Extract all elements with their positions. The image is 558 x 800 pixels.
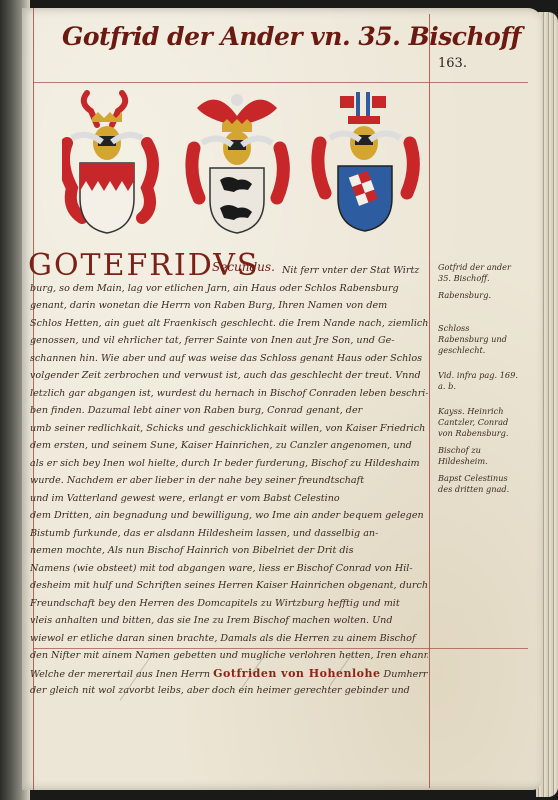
- right-margin-rule: [429, 14, 430, 788]
- body-line: den Nifter mit ainem Namen gebetten und …: [30, 647, 428, 665]
- body-line: letzlich gar abgangen ist, wurdest du he…: [30, 385, 428, 403]
- page-title: Gotfrid der Ander vn. 35. Bischoff: [62, 22, 521, 51]
- body-line: Freundschaft bey den Herren des Domcapit…: [30, 595, 428, 613]
- franconian-rake-arms-icon: [62, 88, 172, 238]
- margin-note: Schloss Rabensburg und geschlecht.: [438, 323, 518, 356]
- body-line: der gleich nit wol zavorbt leibs, aber d…: [30, 682, 428, 700]
- body-line: als er sich bey Inen wol hielte, durch I…: [30, 455, 428, 473]
- coats-of-arms-row: [62, 88, 422, 238]
- body-line: dem Dritten, ain begnadung und bewilligu…: [30, 507, 428, 525]
- body-line: umb seiner redlichkait, Schicks und gesc…: [30, 420, 428, 438]
- body-text: Nit ferr vnter der Stat Wirtz burg, so d…: [30, 262, 428, 700]
- blue-checkered-arms-icon: [310, 88, 420, 238]
- header-rule: [33, 82, 528, 83]
- body-line: Schlos Hetten, ain guet alt Fraenkisch g…: [30, 315, 428, 333]
- body-line: Welche der merertail aus Inen Herrn Gotf…: [30, 665, 428, 683]
- body-line: Namens (wie obsteet) mit tod abgangen wa…: [30, 560, 428, 578]
- margin-note: Gotfrid der ander 35. Bischoff.: [438, 262, 518, 284]
- body-line: schannen hin. Wie aber und auf was weise…: [30, 350, 428, 368]
- body-line: desheim mit hulf und Schriften seines He…: [30, 577, 428, 595]
- margin-note: Bischof zu Hildesheim.: [438, 445, 518, 467]
- folio-number: 163.: [438, 56, 467, 71]
- body-line: genant, darin wonetan die Herrn von Rabe…: [30, 297, 428, 315]
- body-line: burg, so dem Main, lag vor etlichen Jarn…: [30, 280, 428, 298]
- margin-note: Vid. infra pag. 169. a. b.: [438, 370, 518, 392]
- body-line: genossen, und vil ehrlicher tat, ferrer …: [30, 332, 428, 350]
- margin-notes: Gotfrid der ander 35. Bischoff. Rabensbu…: [438, 262, 518, 509]
- margin-note: Kayss. Heinrich Cantzler, Conrad von Rab…: [438, 406, 518, 439]
- body-line: ben finden. Dazumal lebt ainer von Raben…: [30, 402, 428, 420]
- body-line: und im Vatterland gewest were, erlangt e…: [30, 490, 428, 508]
- black-lions-arms-icon: [182, 88, 292, 238]
- body-line: vleis anhalten und bitten, das sie Ine z…: [30, 612, 428, 630]
- rubricated-name: Gotfriden von Hohenlohe: [213, 667, 380, 680]
- body-line: wurde. Nachdem er aber lieber in der nah…: [30, 472, 428, 490]
- body-line: Bistumb furkunde, das er alsdann Hildesh…: [30, 525, 428, 543]
- body-line: nemen mochte, Als nun Bischof Hainrich v…: [30, 542, 428, 560]
- body-line: wiewol er etliche daran sinen brachte, D…: [30, 630, 428, 648]
- body-line: dem ersten, und seinem Sune, Kaiser Hain…: [30, 437, 428, 455]
- body-line: volgender Zeit zerbrochen und verwust is…: [30, 367, 428, 385]
- body-line: Nit ferr vnter der Stat Wirtz: [30, 262, 428, 280]
- margin-note: Rabensburg.: [438, 290, 518, 301]
- margin-note: Bapst Celestinus des dritten gnad.: [438, 473, 518, 495]
